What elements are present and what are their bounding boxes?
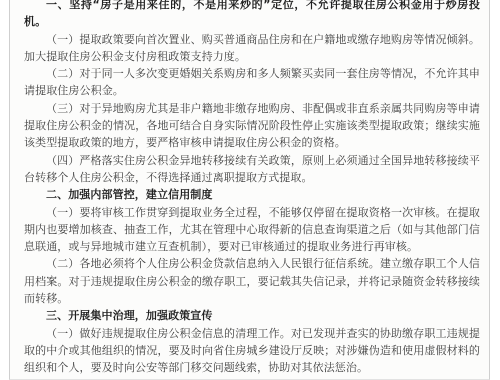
document-paragraph: （三）对于异地购房尤其是非户籍地非缴存地购房、非配偶或非直系亲属共同购房等申请提… <box>24 100 480 152</box>
document-paragraph: （二）对于同一人多次变更婚姻关系购房和多人频繁买卖同一套住房等情况，不允许其申请… <box>24 65 480 100</box>
document-paragraph: （四）严格落实住房公积金异地转移接续有关政策，原则上必须通过全国异地转移接续平台… <box>24 152 480 187</box>
document-sheet: 一、坚持“房子是用来住的，不是用来炒的”定位，不允许提取住房公积金用于炒房投机。… <box>9 0 490 380</box>
section-heading: 一、坚持“房子是用来住的，不是用来炒的”定位，不允许提取住房公积金用于炒房投机。 <box>24 0 480 31</box>
section-heading: 三、开展集中治理，加强政策宣传 <box>24 307 480 324</box>
document-body: 一、坚持“房子是用来住的，不是用来炒的”定位，不允许提取住房公积金用于炒房投机。… <box>24 0 480 377</box>
document-paragraph: （二）各地必须将个人住房公积金贷款信息纳入人民银行征信系统。建立缴存职工个人信用… <box>24 255 480 307</box>
scanned-document-page: 一、坚持“房子是用来住的，不是用来炒的”定位，不允许提取住房公积金用于炒房投机。… <box>0 0 500 380</box>
document-paragraph: （一）提取政策要向首次置业、购买普通商品住房和在户籍地或缴存地购房等情况倾斜。加… <box>24 31 480 66</box>
document-paragraph: （一）做好违规提取住房公积金信息的清理工作。对已发现并查实的协助缴存职工违规提取… <box>24 325 480 377</box>
document-paragraph: （一）要将审核工作贯穿到提取业务全过程，不能够仅停留在提取资格一次审核。在提取期… <box>24 204 480 256</box>
section-heading: 二、加强内部管控，建立信用制度 <box>24 186 480 203</box>
